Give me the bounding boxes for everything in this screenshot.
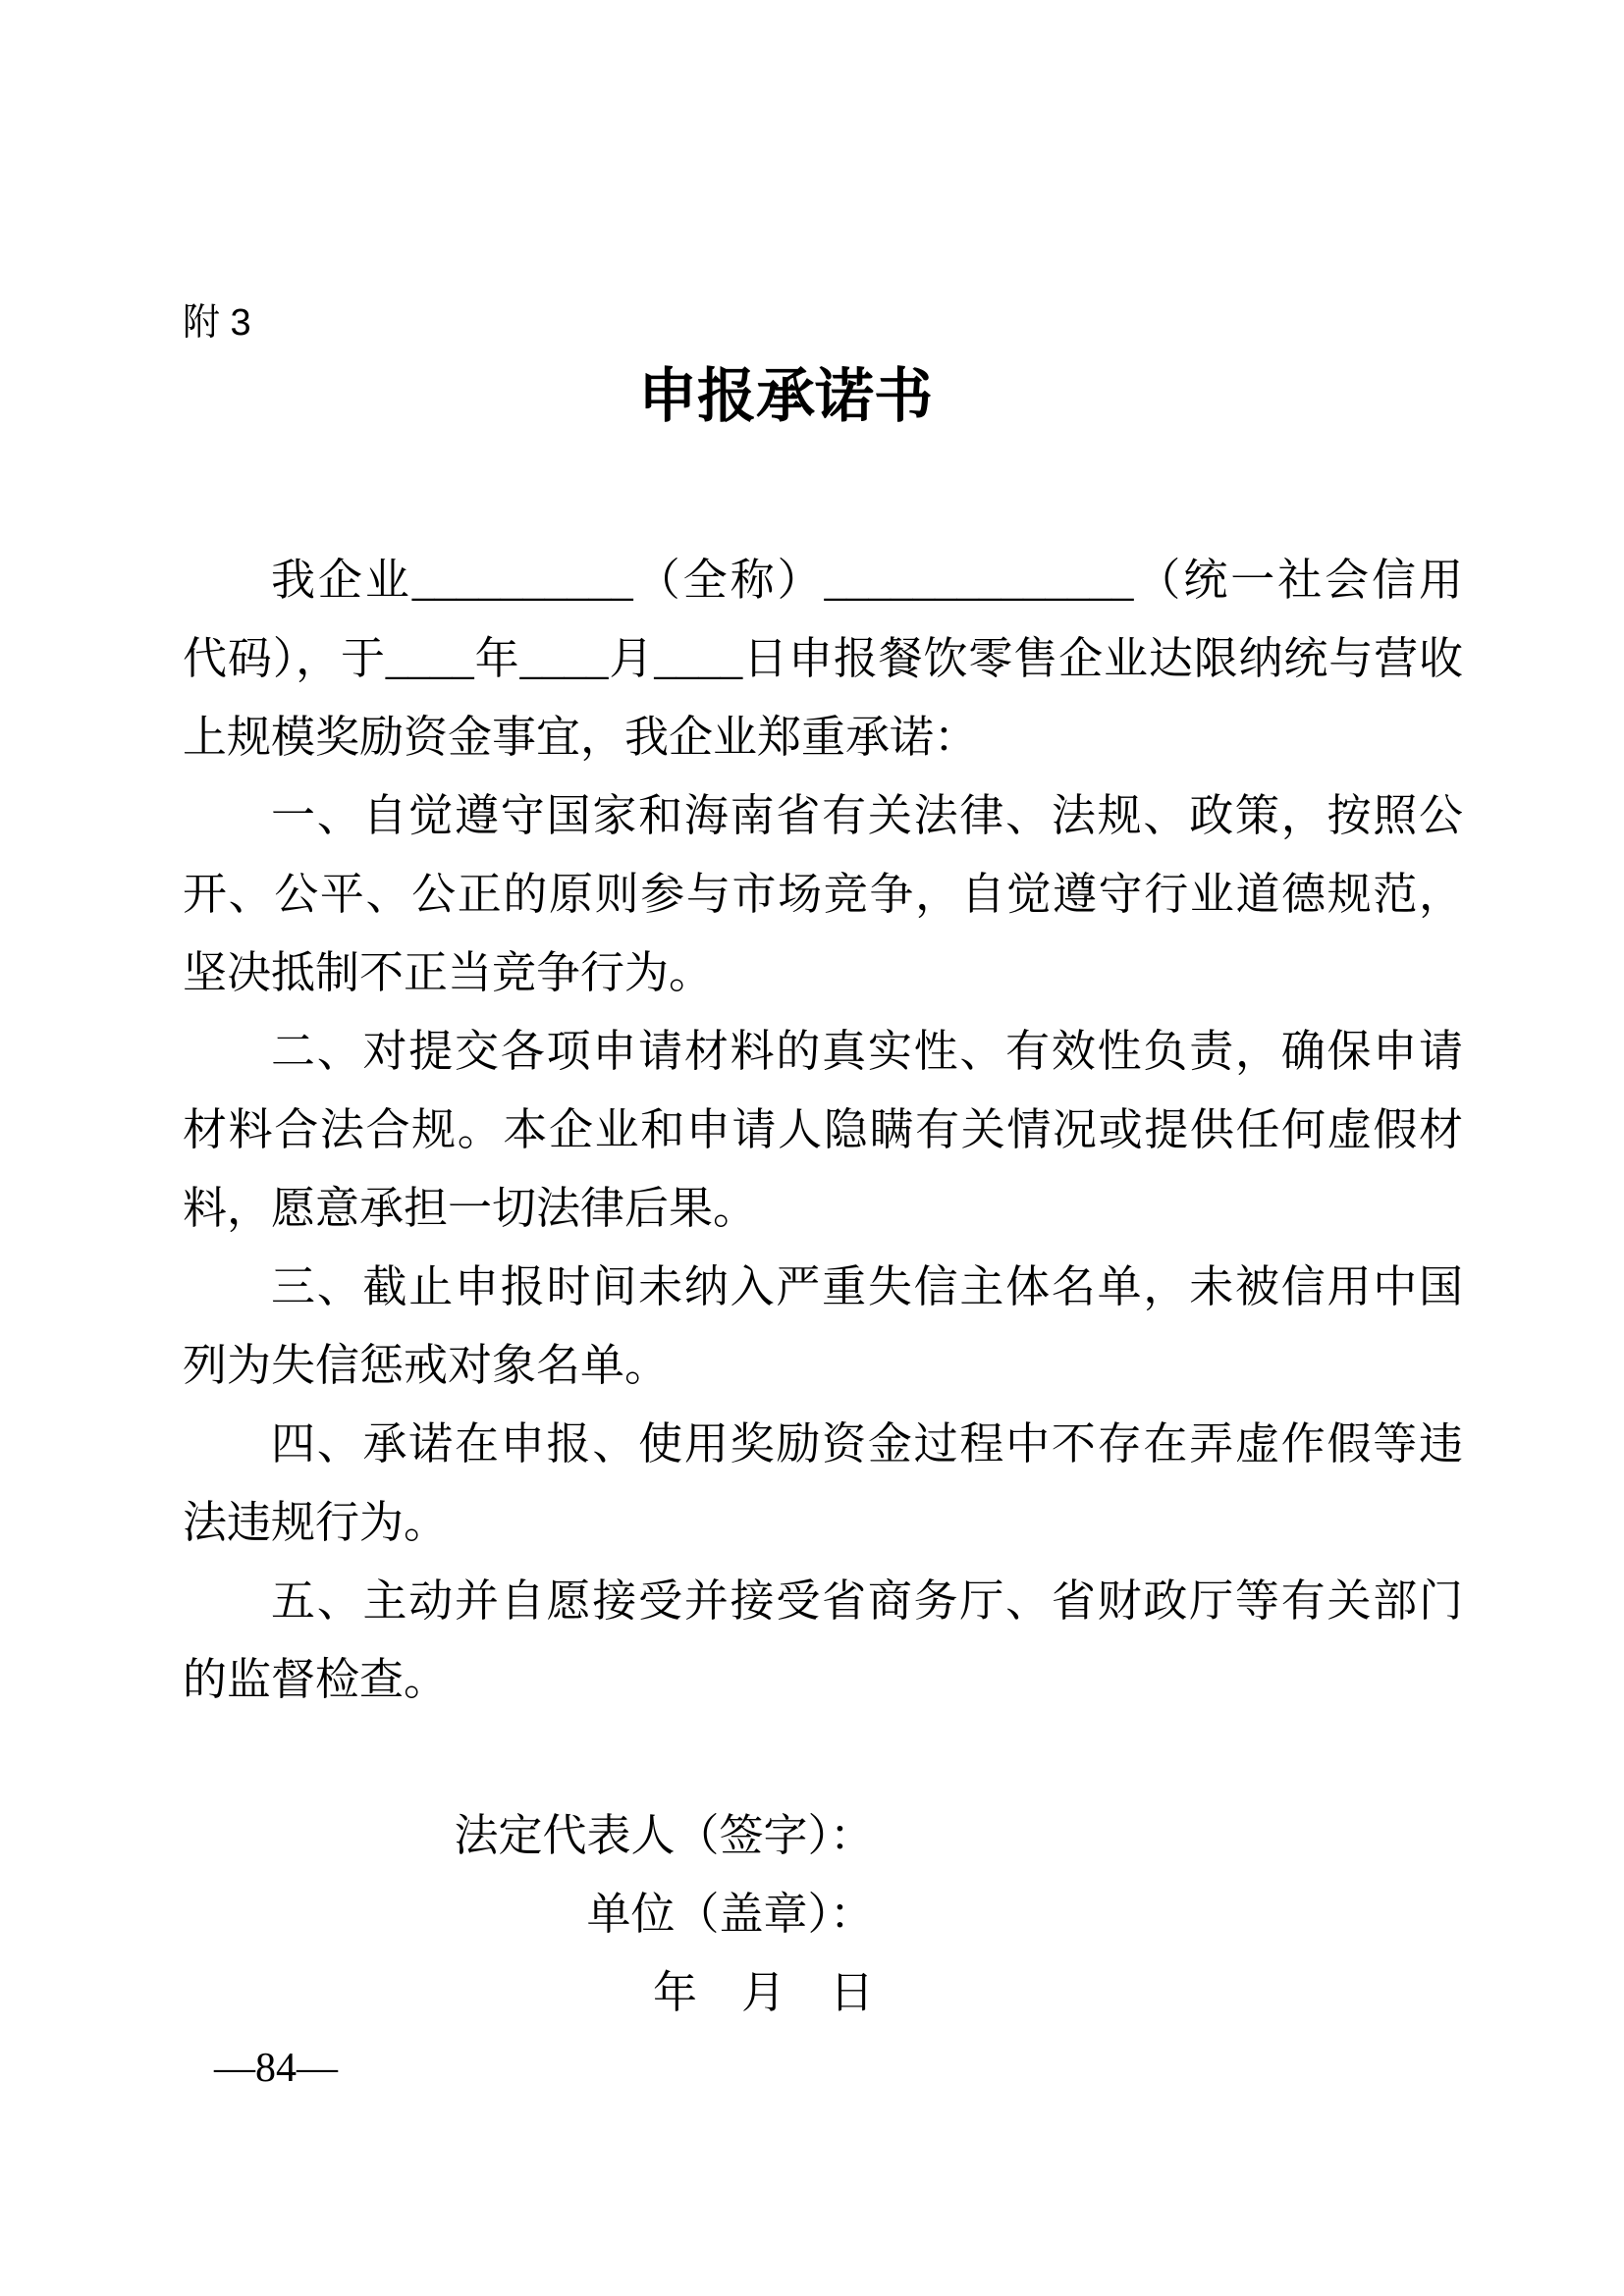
- paragraph-opening: 我企业__________（全称）______________（统一社会信用代码…: [183, 541, 1463, 776]
- attachment-label: 附 3: [183, 304, 251, 342]
- signature-line-date: 年 月 日: [183, 1953, 874, 2032]
- document-body: 我企业__________（全称）______________（统一社会信用代码…: [183, 541, 1463, 1719]
- paragraph-commitment-3: 三、截止申报时间未纳入严重失信主体名单，未被信用中国列为失信惩戒对象名单。: [183, 1248, 1463, 1405]
- signature-line-legal-representative: 法定代表人（签字）：: [183, 1796, 874, 1875]
- paragraph-commitment-1: 一、自觉遵守国家和海南省有关法律、法规、政策，按照公开、公平、公正的原则参与市场…: [183, 776, 1463, 1012]
- page-number: —84—: [214, 2048, 338, 2089]
- paragraph-commitment-2: 二、对提交各项申请材料的真实性、有效性负责，确保申请材料合法合规。本企业和申请人…: [183, 1012, 1463, 1248]
- signature-line-unit-seal: 单位（盖章）：: [183, 1875, 874, 1953]
- paragraph-commitment-4: 四、承诺在申报、使用奖励资金过程中不存在弄虚作假等违法违规行为。: [183, 1405, 1463, 1562]
- document-title: 申报承诺书: [0, 361, 1571, 432]
- paragraph-commitment-5: 五、主动并自愿接受并接受省商务厅、省财政厅等有关部门的监督检查。: [183, 1562, 1463, 1719]
- signature-block: 法定代表人（签字）： 单位（盖章）： 年 月 日: [183, 1796, 1463, 2032]
- document-page: 附 3 申报承诺书 我企业__________（全称）_____________…: [0, 0, 1624, 2296]
